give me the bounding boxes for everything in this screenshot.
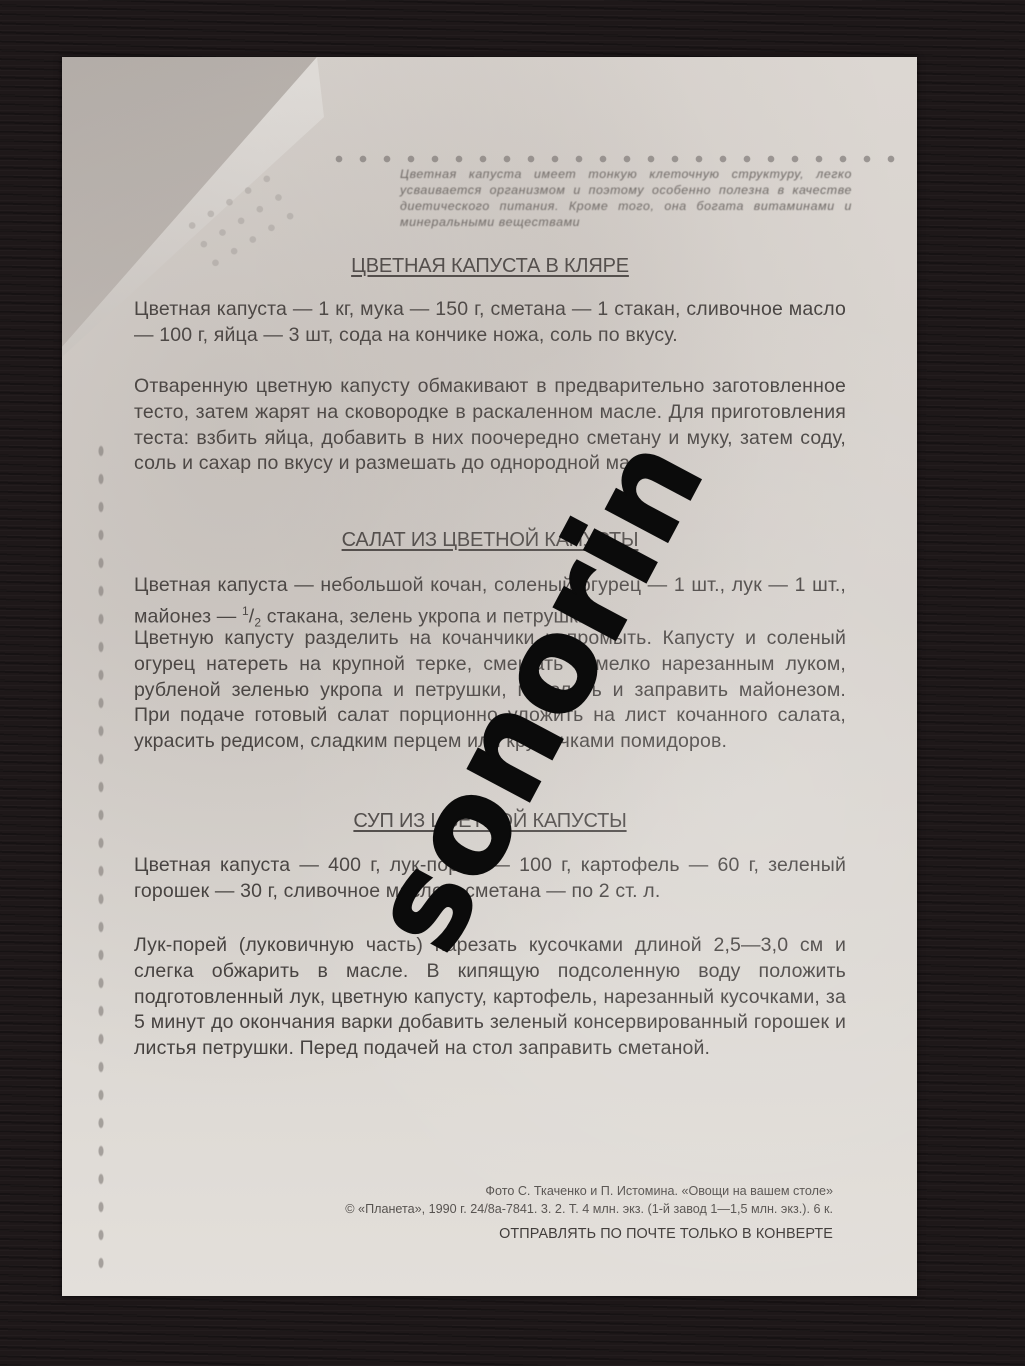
fraction-numerator: 1 [242, 604, 249, 618]
recipe-ingredients: Цветная капуста — 1 кг, мука — 150 г, см… [134, 297, 846, 349]
left-perforation-line [96, 437, 106, 1276]
mail-notice: ОТПРАВЛЯТЬ ПО ПОЧТЕ ТОЛЬКО В КОНВЕРТЕ [499, 1226, 833, 1242]
intro-note: Цветная капуста имеет тонкую клеточную с… [400, 166, 852, 230]
photo-credit: Фото С. Ткаченко и П. Истомина. «Овощи н… [485, 1184, 833, 1198]
top-perforation-line [327, 154, 911, 164]
recipe-title: САЛАТ ИЗ ЦВЕТНОЙ КАПУСТЫ [134, 529, 846, 552]
recipe-method: Лук-порей (луковичную часть) нарезать ку… [134, 933, 846, 1062]
recipe-title: ЦВЕТНАЯ КАПУСТА В КЛЯРЕ [134, 255, 846, 278]
recipe-method: Отваренную цветную капусту обмакивают в … [134, 374, 846, 477]
publisher-line: © «Планета», 1990 г. 24/8а-7841. 3. 2. Т… [345, 1202, 833, 1216]
